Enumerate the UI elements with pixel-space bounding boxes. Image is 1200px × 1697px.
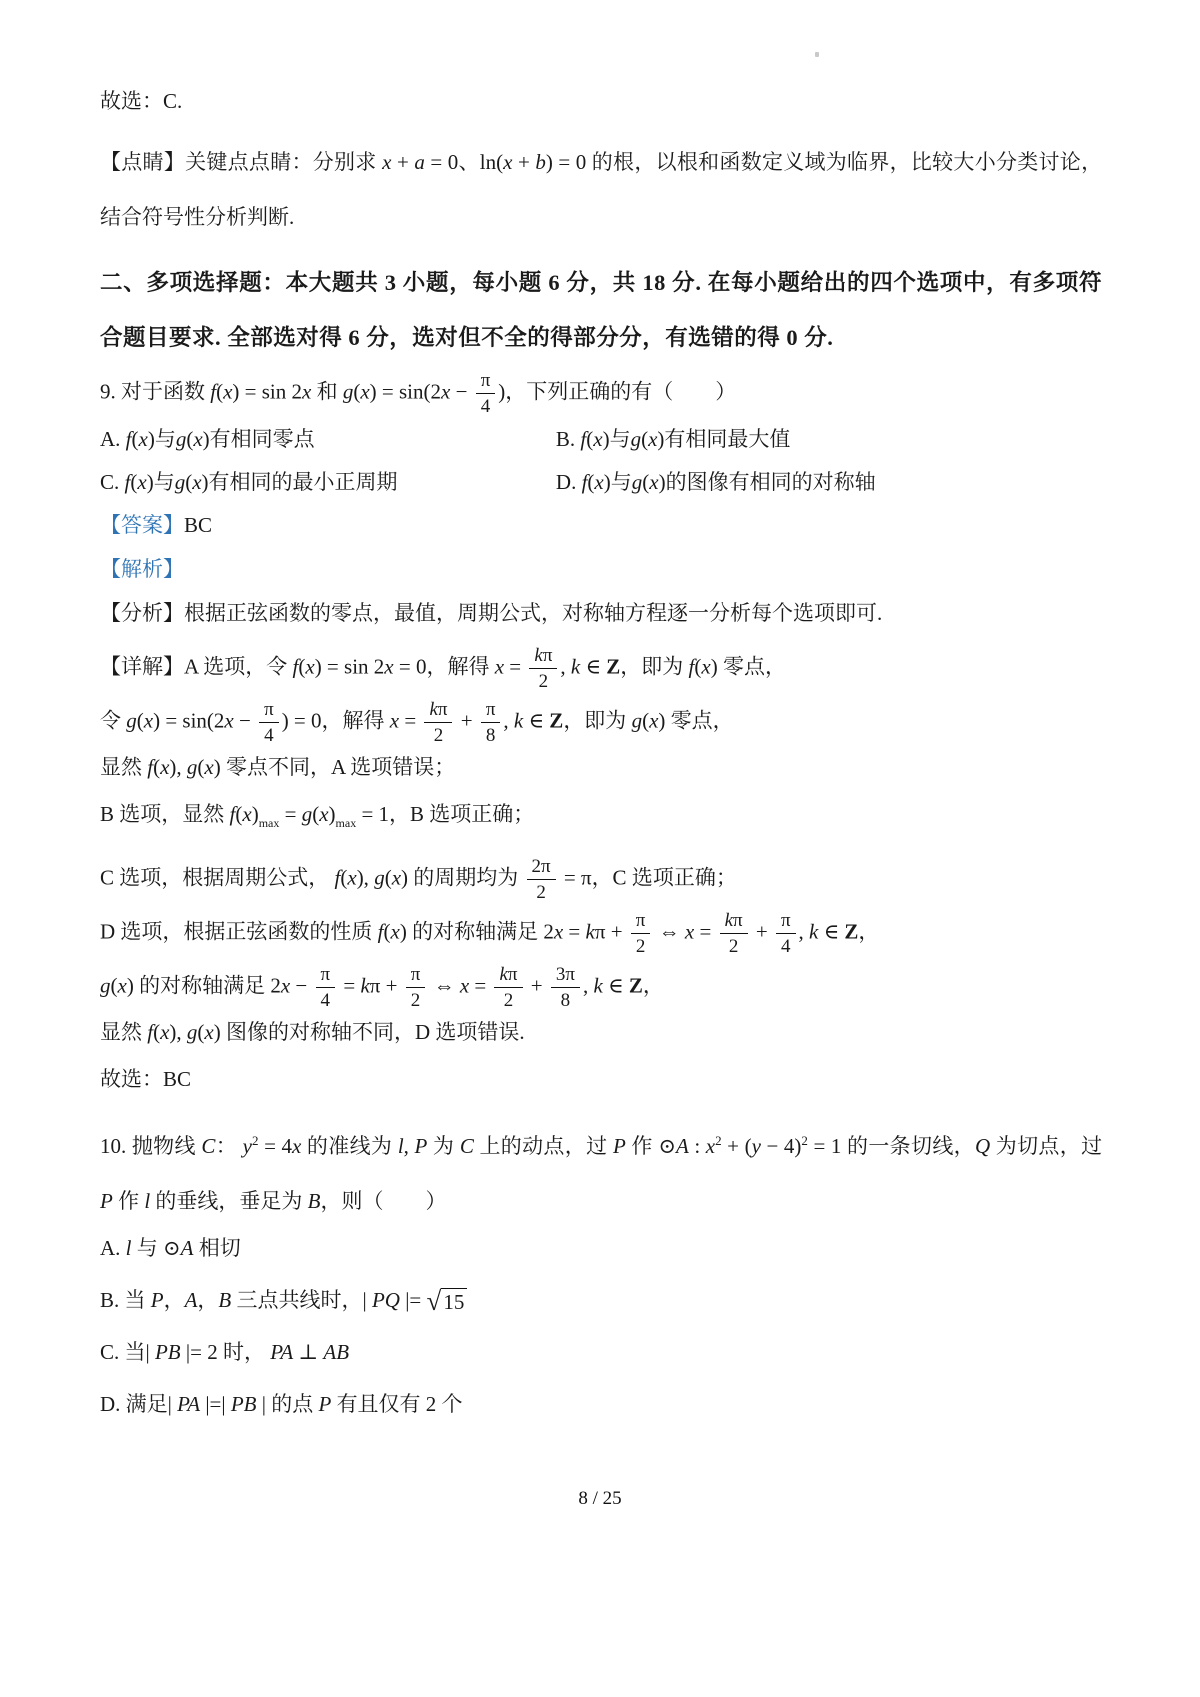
math-variable: k: [514, 708, 523, 732]
radical-sign: √: [427, 1288, 442, 1315]
math-roman: ⇔: [428, 973, 460, 997]
math-variable: P: [318, 1392, 331, 1416]
text-run: 显然: [100, 755, 147, 779]
text-run: ，: [164, 1288, 185, 1312]
math-roman: ): [400, 919, 407, 943]
math-roman: +: [455, 708, 477, 732]
math-variable: PB: [231, 1392, 257, 1416]
math-variable: x: [305, 654, 314, 678]
math-roman: (: [132, 427, 139, 451]
math-variable: C: [460, 1134, 474, 1158]
math-roman: −: [234, 708, 256, 732]
text-run: 为: [427, 1134, 460, 1158]
fraction: kπ2: [494, 963, 522, 1012]
subscript: max: [259, 816, 280, 830]
math-roman: |=|: [200, 1392, 231, 1416]
math-roman: ): [203, 427, 210, 451]
math-roman: ⊙: [163, 1236, 181, 1260]
fraction-numerator: π: [481, 698, 501, 723]
text-run: 的垂线，垂足为: [150, 1189, 308, 1213]
text-run: ，即为: [620, 654, 688, 678]
math-roman: |=: [400, 1288, 427, 1312]
q9-detail-a1: 【详解】A 选项，令 f(x) = sin 2x = 0，解得 x = kπ2,…: [100, 644, 1102, 693]
math-variable: PA: [270, 1340, 293, 1364]
text-run: 时，: [223, 1340, 270, 1364]
math-roman: ⇔: [653, 919, 685, 943]
math-variable: x: [137, 470, 146, 494]
text-run: 【详解】A 选项，令: [100, 654, 293, 678]
math-roman: ): [603, 427, 610, 451]
section-heading: 二、多项选择题：本大题共 3 小题，每小题 6 分，共 18 分. 在每小题给出…: [100, 255, 1102, 365]
content-area: 故选：C.【点睛】关键点点睛：分别求 x + a = 0、ln(x + b) =…: [100, 86, 1102, 1430]
math-roman: =: [563, 919, 585, 943]
text-run: 满足: [126, 1392, 168, 1416]
text-run: ，解得: [426, 654, 494, 678]
fraction: 2π2: [527, 855, 556, 904]
math-roman: (: [384, 919, 391, 943]
math-variable: Q: [975, 1134, 990, 1158]
math-variable: k: [586, 919, 595, 943]
math-variable: A: [185, 1288, 198, 1312]
math-roman: =: [504, 654, 526, 678]
q9-analysis-label: 【解析】: [100, 554, 1102, 585]
fraction: π2: [631, 909, 651, 958]
text-run: 二、多项选择题：本大题共 3 小题，每小题 6 分，共 18 分. 在每小题给出…: [100, 270, 1102, 350]
math-variable: x: [204, 1020, 213, 1044]
math-roman: + (: [722, 1134, 752, 1158]
math-roman: ,: [799, 919, 810, 943]
text-run: 的对称轴满足: [134, 973, 271, 997]
math-variable: g: [176, 427, 187, 451]
math-variable: k: [809, 919, 818, 943]
text-run: 有相同最大值: [664, 427, 790, 451]
math-variable: x: [460, 973, 469, 997]
math-variable: x: [242, 802, 251, 826]
fraction-numerator: kπ: [424, 698, 452, 723]
math-roman: ): [202, 470, 209, 494]
math-variable: x: [701, 654, 710, 678]
text-run: 故选：BC: [100, 1067, 191, 1091]
text-run: 【分析】根据正弦函数的零点，最值，周期公式，对称轴方程逐一分析每个选项即可.: [100, 601, 882, 625]
tag-label: 【答案】: [100, 513, 184, 537]
math-roman: |: [363, 1288, 372, 1312]
math-variable: x: [118, 973, 127, 997]
text-run: B 选项，显然: [100, 802, 230, 826]
math-variable: P: [100, 1189, 113, 1213]
math-roman: ) = sin(2: [370, 379, 441, 403]
math-set-symbol: Z: [606, 654, 620, 678]
text-run: ，: [197, 1288, 218, 1312]
math-roman: ) = sin 2: [315, 654, 385, 678]
math-roman: +: [751, 919, 773, 943]
fraction: π4: [776, 909, 796, 958]
fraction-denominator: 4: [481, 394, 491, 418]
math-roman: ): [127, 973, 134, 997]
math-roman: ∈: [603, 973, 629, 997]
math-roman: ,: [404, 1134, 415, 1158]
math-variable: x: [192, 470, 201, 494]
math-roman: = 1: [356, 802, 389, 826]
math-variable: P: [613, 1134, 626, 1158]
math-variable: g: [374, 865, 385, 889]
fraction-numerator: π: [316, 963, 336, 988]
math-roman: ) = sin 2: [232, 379, 302, 403]
math-roman: A.: [100, 427, 126, 451]
subscript: max: [336, 816, 357, 830]
math-variable: C: [201, 1134, 215, 1158]
text-run: 与: [610, 427, 631, 451]
math-variable: x: [593, 427, 602, 451]
math-roman: ): [214, 1020, 221, 1044]
q9-conclusion: 故选：BC: [100, 1064, 1102, 1095]
math-variable: x: [685, 919, 694, 943]
math-variable: k: [360, 973, 369, 997]
math-variable: g: [126, 708, 137, 732]
math-roman: ): [329, 802, 336, 826]
math-roman: 2: [270, 973, 281, 997]
math-roman: ),: [357, 865, 375, 889]
fraction-numerator: kπ: [529, 644, 557, 669]
text-run: 作: [113, 1189, 145, 1213]
math-roman: ) = 0: [546, 150, 586, 174]
math-variable: y: [243, 1134, 252, 1158]
q9-detail-a3: 显然 f(x), g(x) 零点不同，A 选项错误；: [100, 752, 1102, 783]
math-roman: =: [694, 919, 716, 943]
fraction-numerator: π: [776, 909, 796, 934]
math-roman: ): [147, 470, 154, 494]
text-run: 的图像有相同的对称轴: [666, 470, 876, 494]
text-run: 与: [154, 470, 175, 494]
fraction-numerator: π: [476, 369, 496, 394]
text-run: 相切: [193, 1236, 240, 1260]
math-roman: :: [689, 1134, 706, 1158]
math-variable: g: [187, 1020, 198, 1044]
text-run: 有且仅有 2 个: [331, 1392, 462, 1416]
math-roman: ) = sin(2: [153, 708, 224, 732]
text-run: ，解得: [322, 708, 390, 732]
fraction: π4: [316, 963, 336, 1012]
math-roman: ): [401, 865, 408, 889]
math-roman: ): [604, 470, 611, 494]
math-roman: C.: [100, 1340, 125, 1364]
math-roman: −: [450, 379, 472, 403]
text-run: 作: [626, 1134, 659, 1158]
fraction-denominator: 2: [411, 988, 421, 1012]
text-run: ，C 选项正确；: [592, 865, 737, 889]
text-run: 有相同的最小正周期: [209, 470, 398, 494]
text-run: ，则（ ）: [321, 1189, 447, 1213]
math-roman: (: [137, 708, 144, 732]
q10-option-b: B. 当 P，A，B 三点共线时，| PQ |= √15: [100, 1285, 1102, 1316]
math-variable: g: [100, 973, 111, 997]
fraction: π2: [406, 963, 426, 1012]
q9-detail-a2: 令 g(x) = sin(2x − π4) = 0，解得 x = kπ2 + π…: [100, 698, 1102, 747]
math-roman: = 1: [808, 1134, 842, 1158]
dianjing-note: 【点睛】关键点点睛：分别求 x + a = 0、ln(x + b) = 0 的根…: [100, 135, 1102, 245]
math-roman: ⊙: [658, 1134, 676, 1158]
math-variable: A: [181, 1236, 194, 1260]
math-variable: x: [649, 708, 658, 732]
text-run: 的对称轴满足: [407, 919, 544, 943]
math-roman: π +: [595, 919, 628, 943]
math-roman: ) = 0: [282, 708, 322, 732]
text-run: 【点睛】关键点点睛：分别求: [100, 150, 382, 174]
text-run: 的点: [271, 1392, 318, 1416]
math-variable: x: [706, 1134, 715, 1158]
text-run: C 选项，根据周期公式，: [100, 865, 335, 889]
math-variable: x: [384, 654, 393, 678]
math-variable: g: [175, 470, 186, 494]
text-run: ，下列正确的有（ ）: [505, 379, 736, 403]
q9-detail-d2: g(x) 的对称轴满足 2x − π4 = kπ + π2 ⇔ x = kπ2 …: [100, 963, 1102, 1012]
math-variable: x: [347, 865, 356, 889]
q9-detail-c: C 选项，根据周期公式， f(x), g(x) 的周期均为 2π2 = π，C …: [100, 855, 1102, 904]
fraction-denominator: 2: [539, 669, 549, 693]
math-roman: +: [512, 150, 535, 174]
math-roman: ,: [503, 708, 514, 732]
fraction: kπ2: [529, 644, 557, 693]
text-run: 上的动点，过: [474, 1134, 613, 1158]
math-roman: BC: [184, 513, 212, 537]
math-variable: x: [392, 865, 401, 889]
math-set-symbol: Z: [629, 973, 643, 997]
math-roman: B.: [100, 1288, 125, 1312]
fraction-numerator: π: [631, 909, 651, 934]
sqrt-radical: √15: [427, 1288, 468, 1315]
math-roman: = 0: [394, 654, 427, 678]
math-variable: a: [414, 150, 425, 174]
text-run: 与: [611, 470, 632, 494]
math-variable: PQ: [372, 1288, 400, 1312]
q9-options-cd-left: C. f(x)与g(x)有相同的最小正周期: [100, 467, 556, 498]
math-roman: ),: [169, 1020, 187, 1044]
math-roman: ,: [583, 973, 594, 997]
text-run: 当: [125, 1288, 151, 1312]
fraction: π8: [481, 698, 501, 747]
math-roman: = 0: [425, 150, 458, 174]
math-variable: k: [593, 973, 602, 997]
fraction-numerator: π: [406, 963, 426, 988]
fraction-denominator: 4: [321, 988, 331, 1012]
prev-answer-line: 故选：C.: [100, 86, 1102, 117]
math-variable: x: [391, 919, 400, 943]
math-set-symbol: Z: [844, 919, 858, 943]
q9-options-ab: A. f(x)与g(x)有相同零点B. f(x)与g(x)有相同最大值: [100, 424, 1102, 455]
math-variable: g: [343, 379, 354, 403]
math-roman: = 4: [259, 1134, 293, 1158]
text-run: 令: [100, 708, 126, 732]
math-roman: ): [659, 470, 666, 494]
fraction-denominator: 4: [781, 934, 791, 958]
text-run: 为切点，过: [990, 1134, 1102, 1158]
math-roman: −: [290, 973, 312, 997]
math-roman: |= 2: [181, 1340, 223, 1364]
math-roman: ⊥: [293, 1340, 323, 1364]
q9-detail-d1: D 选项，根据正弦函数的性质 f(x) 的对称轴满足 2x = kπ + π2 …: [100, 909, 1102, 958]
math-variable: x: [390, 708, 399, 732]
page-number: 8 / 25: [0, 1488, 1200, 1510]
text-run: 和: [311, 379, 343, 403]
math-roman: +: [526, 973, 548, 997]
text-run: 与: [132, 1236, 164, 1260]
q9-analysis: 【分析】根据正弦函数的零点，最值，周期公式，对称轴方程逐一分析每个选项即可.: [100, 598, 1102, 629]
math-variable: x: [302, 379, 311, 403]
math-variable: x: [554, 919, 563, 943]
math-variable: B: [218, 1288, 231, 1312]
text-run: ，B 选项正确；: [389, 802, 534, 826]
fraction-numerator: kπ: [494, 963, 522, 988]
fraction-numerator: 2π: [527, 855, 556, 880]
text-run: 显然: [100, 1020, 147, 1044]
q10-option-a: A. l 与 ⊙A 相切: [100, 1233, 1102, 1264]
math-variable: g: [187, 755, 198, 779]
math-roman: 2: [543, 919, 554, 943]
math-roman: ): [148, 427, 155, 451]
tag-label: 【解析】: [100, 557, 184, 581]
text-run: 故选：C.: [100, 89, 182, 113]
math-roman: |: [257, 1392, 272, 1416]
text-run: 、: [458, 150, 480, 174]
q9-answer: 【答案】BC: [100, 510, 1102, 541]
text-run: 的周期均为: [408, 865, 524, 889]
fraction: π4: [476, 369, 496, 418]
text-run: D 选项，根据正弦函数的性质: [100, 919, 378, 943]
math-variable: A: [676, 1134, 689, 1158]
math-roman: ∈: [580, 654, 606, 678]
text-run: ，即为: [563, 708, 631, 732]
text-run: 9. 对于函数: [100, 379, 210, 403]
math-variable: P: [415, 1134, 428, 1158]
math-roman: ): [252, 802, 259, 826]
math-roman: = π: [559, 865, 592, 889]
math-variable: x: [224, 708, 233, 732]
math-roman: ): [711, 654, 718, 678]
math-set-symbol: Z: [549, 708, 563, 732]
math-roman: |: [146, 1340, 155, 1364]
text-run: 有相同零点: [210, 427, 315, 451]
fraction: 3π8: [551, 963, 580, 1012]
math-roman: ): [214, 755, 221, 779]
math-variable: b: [535, 150, 546, 174]
fraction-denominator: 2: [434, 723, 444, 747]
math-variable: B: [308, 1189, 321, 1213]
math-variable: x: [319, 802, 328, 826]
stray-mark: [815, 52, 819, 57]
math-roman: B.: [556, 427, 581, 451]
text-run: 当: [125, 1340, 146, 1364]
fraction-numerator: kπ: [720, 909, 748, 934]
text-run: ：: [215, 1134, 242, 1158]
math-variable: g: [632, 470, 643, 494]
math-roman: +: [391, 150, 414, 174]
math-variable: y: [752, 1134, 761, 1158]
math-roman: ∈: [523, 708, 549, 732]
math-roman: ),: [169, 755, 187, 779]
fraction: kπ2: [424, 698, 452, 747]
math-roman: (: [111, 973, 118, 997]
q10-option-c: C. 当| PB |= 2 时， PA ⊥ AB: [100, 1337, 1102, 1368]
text-run: 的一条切线，: [841, 1134, 975, 1158]
fraction-numerator: π: [259, 698, 279, 723]
q9-options-cd: C. f(x)与g(x)有相同的最小正周期D. f(x)与g(x)的图像有相同的…: [100, 467, 1102, 498]
math-variable: P: [151, 1288, 164, 1312]
radicand: 15: [441, 1288, 467, 1313]
fraction-denominator: 2: [536, 880, 546, 904]
fraction-denominator: 8: [486, 723, 496, 747]
math-variable: x: [649, 470, 658, 494]
fraction-numerator: 3π: [551, 963, 580, 988]
math-variable: x: [594, 470, 603, 494]
math-variable: x: [204, 755, 213, 779]
q9-options-ab-right: B. f(x)与g(x)有相同最大值: [556, 424, 1102, 455]
q9-options-ab-left: A. f(x)与g(x)有相同零点: [100, 424, 556, 455]
math-variable: g: [302, 802, 313, 826]
fraction: π4: [259, 698, 279, 747]
math-variable: g: [631, 427, 642, 451]
fraction-denominator: 2: [504, 988, 514, 1012]
text-run: ，: [643, 973, 664, 997]
text-run: ，: [858, 919, 879, 943]
q10-option-d: D. 满足| PA |=| PB | 的点 P 有且仅有 2 个: [100, 1389, 1102, 1420]
math-variable: x: [139, 427, 148, 451]
math-roman: (: [385, 865, 392, 889]
math-variable: k: [571, 654, 580, 678]
q9-detail-b: B 选项，显然 f(x)max = g(x)max = 1，B 选项正确；: [100, 799, 1102, 839]
math-variable: PB: [155, 1340, 181, 1364]
math-variable: x: [441, 379, 450, 403]
text-run: 零点不同，A 选项错误；: [221, 755, 456, 779]
math-variable: x: [144, 708, 153, 732]
math-roman: =: [399, 708, 421, 732]
q9-options-cd-right: D. f(x)与g(x)的图像有相同的对称轴: [556, 467, 1102, 498]
math-roman: =: [279, 802, 301, 826]
math-variable: x: [193, 427, 202, 451]
math-variable: x: [292, 1134, 301, 1158]
math-variable: x: [360, 379, 369, 403]
math-roman: =: [338, 973, 360, 997]
math-roman: D.: [100, 1392, 126, 1416]
fraction: kπ2: [720, 909, 748, 958]
math-roman: ln(: [480, 150, 503, 174]
math-roman: A.: [100, 1236, 126, 1260]
math-variable: AB: [323, 1340, 349, 1364]
text-run: 与: [155, 427, 176, 451]
fraction-denominator: 2: [636, 934, 646, 958]
text-run: 10. 抛物线: [100, 1134, 201, 1158]
math-variable: x: [495, 654, 504, 678]
math-roman: (: [642, 708, 649, 732]
math-roman: =: [469, 973, 491, 997]
math-roman: D.: [556, 470, 582, 494]
fraction-denominator: 4: [264, 723, 274, 747]
question-10: 10. 抛物线 C： y2 = 4x 的准线为 l, P 为 C 上的动点，过 …: [100, 1113, 1102, 1229]
fraction-denominator: 8: [561, 988, 571, 1012]
math-variable: PA: [177, 1392, 200, 1416]
math-roman: C.: [100, 470, 125, 494]
math-variable: x: [281, 973, 290, 997]
math-roman: ,: [560, 654, 571, 678]
text-run: 三点共线时，: [231, 1288, 362, 1312]
text-run: 的准线为: [301, 1134, 397, 1158]
question-9: 9. 对于函数 f(x) = sin 2x 和 g(x) = sin(2x − …: [100, 369, 1102, 418]
text-run: 图像的对称轴不同，D 选项错误.: [221, 1020, 525, 1044]
math-roman: − 4): [761, 1134, 802, 1158]
math-variable: g: [632, 708, 643, 732]
math-roman: |: [168, 1392, 177, 1416]
text-run: 零点，: [665, 708, 733, 732]
document-page: 故选：C.【点睛】关键点点睛：分别求 x + a = 0、ln(x + b) =…: [0, 0, 1200, 1697]
math-roman: ∈: [818, 919, 844, 943]
